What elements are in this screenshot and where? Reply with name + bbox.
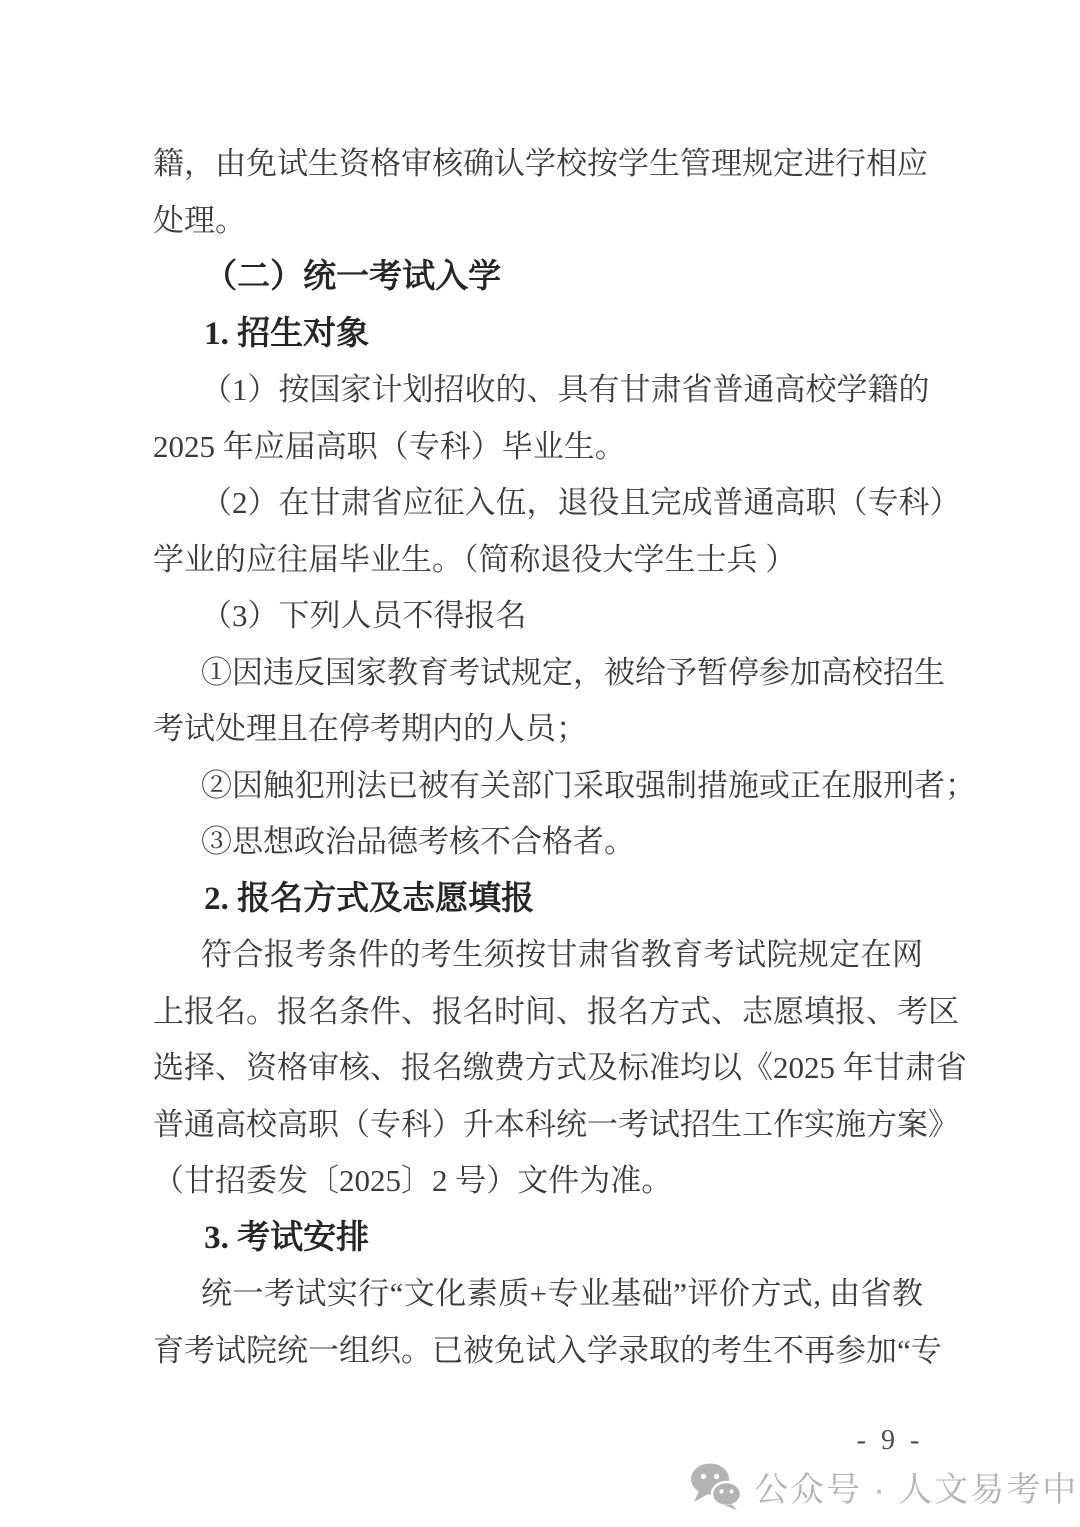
text-line: ②因触犯刑法已被有关部门采取强制措施或正在服刑者； — [153, 758, 923, 815]
document-page: 籍，由免试生资格审核确认学校按学生管理规定进行相应处理。（二）统一考试入学1. … — [0, 0, 1080, 1527]
heading-line: 1. 招生对象 — [153, 306, 923, 363]
text-line: （甘招委发〔2025〕2 号）文件为准。 — [153, 1153, 923, 1210]
text-line: （3）下列人员不得报名 — [153, 588, 923, 645]
heading-line: 2. 报名方式及志愿填报 — [153, 871, 923, 928]
page-number: - 9 - — [750, 1425, 1030, 1457]
heading-line: （二）统一考试入学 — [153, 249, 923, 306]
text-line: 上报名。报名条件、报名时间、报名方式、志愿填报、考区 — [153, 984, 923, 1041]
text-line: 处理。 — [153, 193, 923, 250]
text-line: 符合报考条件的考生须按甘肃省教育考试院规定在网 — [153, 927, 923, 984]
wechat-footer: 公众号 · 人文易考中心 — [690, 1460, 1080, 1512]
text-line: （1）按国家计划招收的、具有甘肃省普通高校学籍的 — [153, 362, 923, 419]
text-line: 育考试院统一组织。已被免试入学录取的考生不再参加“专 — [153, 1323, 923, 1380]
text-line: 统一考试实行“文化素质+专业基础”评价方式, 由省教 — [153, 1266, 923, 1323]
text-line: 籍，由免试生资格审核确认学校按学生管理规定进行相应 — [153, 136, 923, 193]
wechat-icon — [690, 1462, 742, 1510]
text-line: 2025 年应届高职（专科）毕业生。 — [153, 419, 923, 476]
text-line: 学业的应往届毕业生。（简称退役大学生士兵 ） — [153, 532, 923, 589]
text-line: ③思想政治品德考核不合格者。 — [153, 814, 923, 871]
text-line: ①因违反国家教育考试规定，被给予暂停参加高校招生 — [153, 645, 923, 702]
text-line: 普通高校高职（专科）升本科统一考试招生工作实施方案》 — [153, 1097, 923, 1154]
text-line: 考试处理且在停考期内的人员； — [153, 701, 923, 758]
document-body: 籍，由免试生资格审核确认学校按学生管理规定进行相应处理。（二）统一考试入学1. … — [153, 136, 923, 1379]
wechat-account-label: 公众号 · 人文易考中心 — [754, 1462, 1080, 1511]
heading-line: 3. 考试安排 — [153, 1210, 923, 1267]
text-line: 选择、资格审核、报名缴费方式及标准均以《2025 年甘肃省 — [153, 1040, 923, 1097]
text-line: （2）在甘肃省应征入伍，退役且完成普通高职（专科） — [153, 475, 923, 532]
